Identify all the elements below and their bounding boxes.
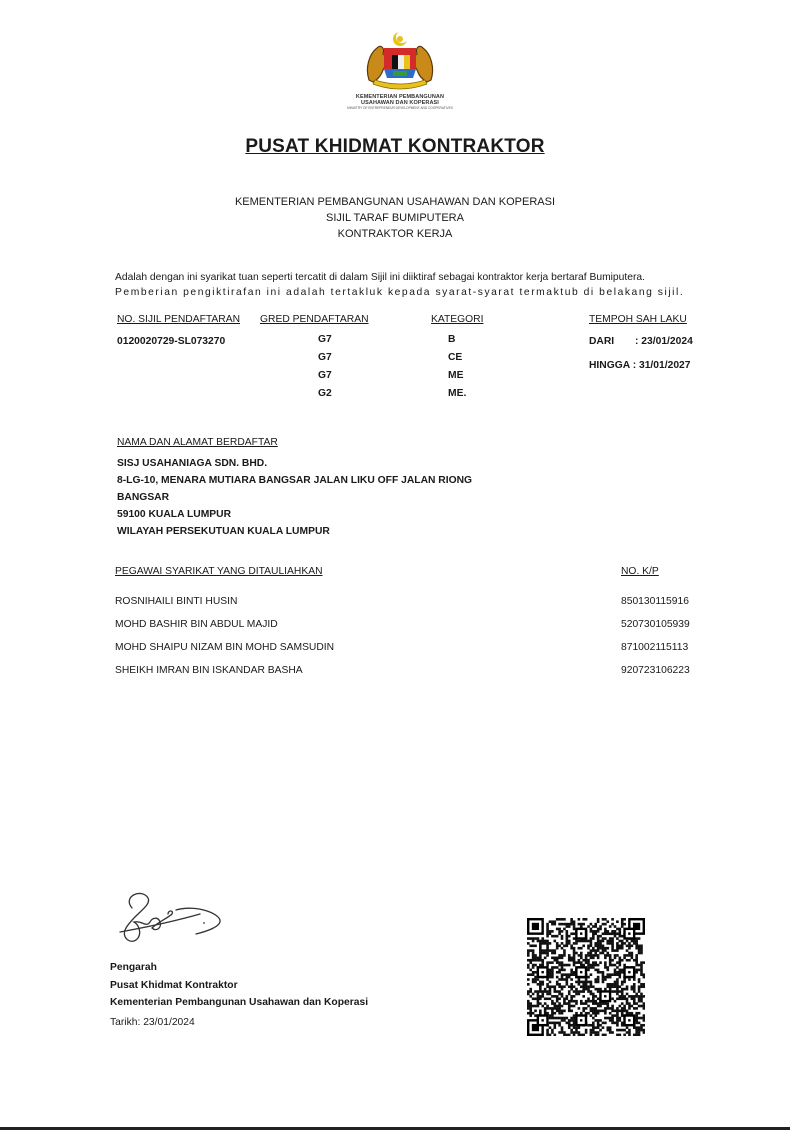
table-row: MOHD SHAIPU NIZAM BIN MOHD SAMSUDIN 8710… bbox=[115, 636, 745, 659]
table-row: ROSNIHAILI BINTI HUSIN 850130115916 bbox=[115, 590, 745, 613]
company-header: NAMA DAN ALAMAT BERDAFTAR bbox=[117, 437, 278, 448]
officer-ic: 850130115916 bbox=[621, 590, 689, 613]
issue-date: Tarikh: 23/01/2024 bbox=[110, 1014, 368, 1032]
table-row: SHEIKH IMRAN BIN ISKANDAR BASHA 92072310… bbox=[115, 659, 745, 682]
address-line: WILAYAH PERSEKUTUAN KUALA LUMPUR bbox=[117, 523, 472, 540]
officer-ic: 871002115113 bbox=[621, 636, 688, 659]
company-name: SISJ USAHANIAGA SDN. BHD. bbox=[117, 455, 472, 472]
ministry-logo: KEMENTERIAN PEMBANGUNAN USAHAWAN DAN KOP… bbox=[340, 30, 460, 120]
address-line: 59100 KUALA LUMPUR bbox=[117, 506, 472, 523]
grade-item: G7 bbox=[318, 331, 332, 349]
signatory-ministry: Kementerian Pembangunan Usahawan dan Kop… bbox=[110, 994, 368, 1012]
validity-to: HINGGA : 31/01/2027 bbox=[589, 360, 691, 371]
validity-to-label: HINGGA bbox=[589, 360, 630, 371]
officer-ic: 920723106223 bbox=[621, 659, 690, 682]
coat-of-arms-icon bbox=[363, 30, 437, 94]
officer-ic: 520730105939 bbox=[621, 613, 690, 636]
intro-line-1: Adalah dengan ini syarikat tuan seperti … bbox=[115, 270, 755, 285]
logo-line-3: MINISTRY OF ENTREPRENEUR DEVELOPMENT AND… bbox=[340, 106, 460, 110]
subheading: KEMENTERIAN PEMBANGUNAN USAHAWAN DAN KOP… bbox=[0, 194, 790, 242]
address-line: 8-LG-10, MENARA MUTIARA BANGSAR JALAN LI… bbox=[117, 472, 472, 489]
table-row: MOHD BASHIR BIN ABDUL MAJID 520730105939 bbox=[115, 613, 745, 636]
validity-from-date: : 23/01/2024 bbox=[635, 336, 693, 347]
signatory-department: Pusat Khidmat Kontraktor bbox=[110, 977, 368, 995]
signature-icon bbox=[112, 888, 232, 955]
officer-name: MOHD SHAIPU NIZAM BIN MOHD SAMSUDIN bbox=[115, 642, 334, 653]
category-header: KATEGORI bbox=[431, 314, 483, 325]
cert-no-value: 0120020729-SL073270 bbox=[117, 336, 225, 347]
officers-table: ROSNIHAILI BINTI HUSIN 850130115916 MOHD… bbox=[115, 590, 745, 682]
signatory-title: Pengarah bbox=[110, 959, 368, 977]
officers-header: PEGAWAI SYARIKAT YANG DITAULIAHKAN bbox=[115, 566, 323, 577]
validity-header: TEMPOH SAH LAKU bbox=[589, 314, 687, 325]
contractor-type: KONTRAKTOR KERJA bbox=[0, 226, 790, 242]
category-list: B CE ME ME. bbox=[448, 331, 466, 403]
qr-code-icon bbox=[527, 918, 645, 1036]
officer-name: SHEIKH IMRAN BIN ISKANDAR BASHA bbox=[115, 665, 303, 676]
grade-item: G7 bbox=[318, 349, 332, 367]
officer-name: ROSNIHAILI BINTI HUSIN bbox=[115, 596, 237, 607]
intro-line-2: Pemberian pengiktirafan ini adalah terta… bbox=[115, 285, 755, 300]
signatory-block: Pengarah Pusat Khidmat Kontraktor Kement… bbox=[110, 959, 368, 1031]
grade-item: G7 bbox=[318, 367, 332, 385]
intro-statement: Adalah dengan ini syarikat tuan seperti … bbox=[115, 270, 755, 300]
category-item: B bbox=[448, 331, 466, 349]
category-item: ME bbox=[448, 367, 466, 385]
company-address: SISJ USAHANIAGA SDN. BHD. 8-LG-10, MENAR… bbox=[117, 455, 472, 540]
cert-no-header: NO. SIJIL PENDAFTARAN bbox=[117, 314, 240, 325]
validity-from-label: DARI bbox=[589, 336, 635, 347]
validity-from: DARI: 23/01/2024 bbox=[589, 336, 693, 347]
category-item: CE bbox=[448, 349, 466, 367]
grade-item: G2 bbox=[318, 385, 332, 403]
page-title: PUSAT KHIDMAT KONTRAKTOR bbox=[0, 136, 790, 158]
address-line: BANGSAR bbox=[117, 489, 472, 506]
validity-to-date: : 31/01/2027 bbox=[633, 360, 691, 371]
grade-header: GRED PENDAFTARAN bbox=[260, 314, 369, 325]
officer-name: MOHD BASHIR BIN ABDUL MAJID bbox=[115, 619, 278, 630]
certificate-type: SIJIL TARAF BUMIPUTERA bbox=[0, 210, 790, 226]
grade-list: G7 G7 G7 G2 bbox=[318, 331, 332, 403]
ic-header: NO. K/P bbox=[621, 566, 659, 577]
category-item: ME. bbox=[448, 385, 466, 403]
ministry-name: KEMENTERIAN PEMBANGUNAN USAHAWAN DAN KOP… bbox=[0, 194, 790, 210]
